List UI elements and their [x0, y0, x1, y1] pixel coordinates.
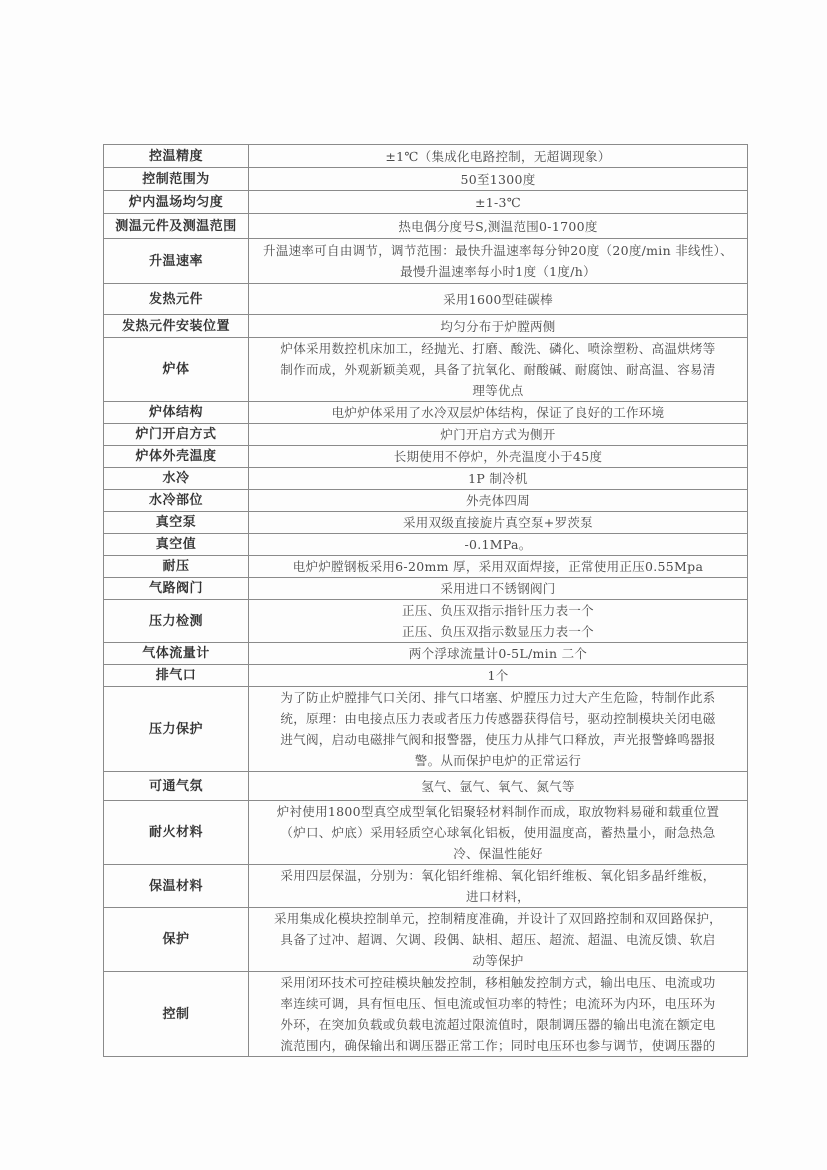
spec-value-cell: 炉门开启方式为侧开	[249, 424, 748, 446]
spec-key-cell: 气路阀门	[104, 578, 249, 600]
table-row: 控温精度 ±1℃（集成化电路控制，无超调现象）	[104, 145, 748, 168]
spec-value-line: 外环，在突加负载或负载电流超过限流值时，限制调压器的输出电流在额定电	[253, 1014, 743, 1035]
spec-value-line: 均匀分布于炉膛两侧	[253, 316, 743, 337]
spec-key-cell: 真空值	[104, 534, 249, 556]
spec-key-cell: 排气口	[104, 665, 249, 687]
spec-value-cell: 炉体采用数控机床加工，经抛光、打磨、酸洗、磷化、喷涂塑粉、高温烘烤等制作而成，外…	[249, 338, 748, 402]
spec-value-line: 理等优点	[253, 380, 743, 401]
spec-value-cell: 升温速率可自由调节，调节范围：最快升温速率每分钟20度（20度/min 非线性）…	[249, 239, 748, 284]
spec-value-cell: 1P 制冷机	[249, 468, 748, 490]
spec-key-cell: 炉体外壳温度	[104, 446, 249, 468]
spec-value-cell: 1个	[249, 665, 748, 687]
spec-value-line: 50至1300度	[253, 169, 743, 190]
spec-value-line: ±1℃（集成化电路控制，无超调现象）	[253, 146, 743, 167]
spec-key-cell: 压力保护	[104, 687, 249, 772]
spec-value-line: 进口材料，	[253, 886, 743, 907]
spec-key-cell: 压力检测	[104, 600, 249, 643]
spec-value-line: 采用四层保温，分别为：氧化铝纤维棉、氧化铝纤维板、氧化铝多晶纤维板，	[253, 865, 743, 886]
spec-value-line: ±1-3℃	[253, 192, 743, 213]
spec-value-line: 外壳体四周	[253, 490, 743, 511]
table-row: 保护 采用集成化模块控制单元，控制精度准确，并设计了双回路控制和双回路保护，具备…	[104, 908, 748, 972]
table-row: 炉内温场均匀度 ±1-3℃	[104, 191, 748, 214]
table-row: 升温速率 升温速率可自由调节，调节范围：最快升温速率每分钟20度（20度/min…	[104, 239, 748, 284]
table-row: 发热元件安装位置 均匀分布于炉膛两侧	[104, 315, 748, 338]
spec-value-line: 动等保护	[253, 950, 743, 971]
spec-key-cell: 保温材料	[104, 865, 249, 908]
spec-value-line: 采用闭环技术可控硅模块触发控制，移相触发控制方式，输出电压、电流或功	[253, 972, 743, 993]
document-page: 控温精度 ±1℃（集成化电路控制，无超调现象） 控制范围为 50至1300度 炉…	[0, 0, 827, 1170]
spec-value-line: 采用1600型硅碳棒	[253, 289, 743, 310]
spec-value-line: 1P 制冷机	[253, 468, 743, 489]
spec-key-cell: 可通气氛	[104, 772, 249, 801]
spec-table-body: 控温精度 ±1℃（集成化电路控制，无超调现象） 控制范围为 50至1300度 炉…	[104, 145, 748, 1057]
spec-key-cell: 保护	[104, 908, 249, 972]
table-row: 测温元件及测温范围 热电偶分度号S,测温范围0-1700度	[104, 214, 748, 239]
spec-key-cell: 耐压	[104, 556, 249, 578]
spec-value-line: 为了防止炉膛排气口关闭、排气口堵塞、炉膛压力过大产生危险，特制作此系	[253, 687, 743, 708]
spec-table: 控温精度 ±1℃（集成化电路控制，无超调现象） 控制范围为 50至1300度 炉…	[103, 144, 748, 1057]
table-row: 压力检测 正压、负压双指示指针压力表一个正压、负压双指示数显压力表一个	[104, 600, 748, 643]
spec-value-cell: -0.1MPa。	[249, 534, 748, 556]
table-row: 气体流量计 两个浮球流量计0-5L/min 二个	[104, 643, 748, 665]
spec-key-cell: 炉体	[104, 338, 249, 402]
spec-value-line: 炉衬使用1800型真空成型氧化铝聚轻材料制作而成，取放物料易碰和载重位置	[253, 801, 743, 822]
table-row: 炉体外壳温度 长期使用不停炉，外壳温度小于45度	[104, 446, 748, 468]
spec-key-cell: 控温精度	[104, 145, 249, 168]
table-row: 炉体 炉体采用数控机床加工，经抛光、打磨、酸洗、磷化、喷涂塑粉、高温烘烤等制作而…	[104, 338, 748, 402]
spec-key-cell: 测温元件及测温范围	[104, 214, 249, 239]
spec-value-cell: ±1℃（集成化电路控制，无超调现象）	[249, 145, 748, 168]
spec-value-cell: 炉衬使用1800型真空成型氧化铝聚轻材料制作而成，取放物料易碰和载重位置（炉口、…	[249, 801, 748, 865]
spec-value-line: 冷、保温性能好	[253, 843, 743, 864]
spec-value-cell: 为了防止炉膛排气口关闭、排气口堵塞、炉膛压力过大产生危险，特制作此系统，原理：由…	[249, 687, 748, 772]
spec-value-cell: 长期使用不停炉，外壳温度小于45度	[249, 446, 748, 468]
spec-value-line: 制作而成，外观新颖美观，具备了抗氧化、耐酸碱、耐腐蚀、耐高温、容易清	[253, 359, 743, 380]
spec-value-cell: ±1-3℃	[249, 191, 748, 214]
spec-value-cell: 正压、负压双指示指针压力表一个正压、负压双指示数显压力表一个	[249, 600, 748, 643]
spec-value-line: 正压、负压双指示指针压力表一个	[253, 600, 743, 621]
table-row: 真空泵 采用双级直接旋片真空泵+罗茨泵	[104, 512, 748, 534]
spec-value-cell: 热电偶分度号S,测温范围0-1700度	[249, 214, 748, 239]
spec-value-cell: 电炉炉体采用了水冷双层炉体结构，保证了良好的工作环境	[249, 402, 748, 424]
table-row: 控制 采用闭环技术可控硅模块触发控制，移相触发控制方式，输出电压、电流或功率连续…	[104, 972, 748, 1057]
table-row: 排气口 1个	[104, 665, 748, 687]
table-row: 耐火材料 炉衬使用1800型真空成型氧化铝聚轻材料制作而成，取放物料易碰和载重位…	[104, 801, 748, 865]
spec-value-line: 正压、负压双指示数显压力表一个	[253, 621, 743, 642]
spec-key-cell: 水冷部位	[104, 490, 249, 512]
spec-value-cell: 采用四层保温，分别为：氧化铝纤维棉、氧化铝纤维板、氧化铝多晶纤维板，进口材料，	[249, 865, 748, 908]
spec-key-cell: 控制	[104, 972, 249, 1057]
table-row: 可通气氛 氢气、氩气、氧气、氮气等	[104, 772, 748, 801]
table-row: 水冷部位 外壳体四周	[104, 490, 748, 512]
spec-value-line: 升温速率可自由调节，调节范围：最快升温速率每分钟20度（20度/min 非线性）…	[253, 240, 743, 261]
spec-value-line: 流范围内，确保输出和调压器正常工作；同时电压环也参与调节，使调压器的	[253, 1035, 743, 1056]
spec-value-cell: 两个浮球流量计0-5L/min 二个	[249, 643, 748, 665]
spec-value-cell: 氢气、氩气、氧气、氮气等	[249, 772, 748, 801]
spec-key-cell: 炉门开启方式	[104, 424, 249, 446]
spec-value-line: 两个浮球流量计0-5L/min 二个	[253, 643, 743, 664]
spec-value-line: 氢气、氩气、氧气、氮气等	[253, 776, 743, 797]
spec-value-line: 具备了过冲、超调、欠调、段偶、缺相、超压、超流、超温、电流反馈、软启	[253, 929, 743, 950]
spec-value-cell: 采用闭环技术可控硅模块触发控制，移相触发控制方式，输出电压、电流或功率连续可调，…	[249, 972, 748, 1057]
spec-key-cell: 真空泵	[104, 512, 249, 534]
spec-value-line: 炉门开启方式为侧开	[253, 424, 743, 445]
table-row: 发热元件 采用1600型硅碳棒	[104, 284, 748, 315]
table-row: 炉体结构 电炉炉体采用了水冷双层炉体结构，保证了良好的工作环境	[104, 402, 748, 424]
spec-value-cell: 50至1300度	[249, 168, 748, 191]
spec-value-line: 采用进口不锈钢阀门	[253, 578, 743, 599]
spec-value-line: 炉体采用数控机床加工，经抛光、打磨、酸洗、磷化、喷涂塑粉、高温烘烤等	[253, 338, 743, 359]
table-row: 水冷 1P 制冷机	[104, 468, 748, 490]
spec-key-cell: 发热元件安装位置	[104, 315, 249, 338]
spec-value-line: （炉口、炉底）采用轻质空心球氧化铝板，使用温度高，蓄热量小，耐急热急	[253, 822, 743, 843]
spec-value-cell: 外壳体四周	[249, 490, 748, 512]
spec-value-line: 采用双级直接旋片真空泵+罗茨泵	[253, 512, 743, 533]
spec-value-line: 1个	[253, 665, 743, 686]
table-row: 保温材料 采用四层保温，分别为：氧化铝纤维棉、氧化铝纤维板、氧化铝多晶纤维板，进…	[104, 865, 748, 908]
spec-value-line: 率连续可调，具有恒电压、恒电流或恒功率的特性；电流环为内环，电压环为	[253, 993, 743, 1014]
spec-key-cell: 发热元件	[104, 284, 249, 315]
spec-value-line: 统，原理：由电接点压力表或者压力传感器获得信号，驱动控制模块关闭电磁	[253, 708, 743, 729]
spec-value-line: 电炉炉体采用了水冷双层炉体结构，保证了良好的工作环境	[253, 402, 743, 423]
spec-value-line: 电炉炉膛钢板采用6-20mm 厚，采用双面焊接，正常使用正压0.55Mpa	[253, 556, 743, 577]
spec-key-cell: 气体流量计	[104, 643, 249, 665]
spec-value-line: 进气阀，启动电磁排气阀和报警器，使压力从排气口释放，声光报警蜂鸣器报	[253, 729, 743, 750]
spec-value-line: 热电偶分度号S,测温范围0-1700度	[253, 216, 743, 237]
table-row: 气路阀门 采用进口不锈钢阀门	[104, 578, 748, 600]
spec-value-cell: 均匀分布于炉膛两侧	[249, 315, 748, 338]
table-row: 炉门开启方式 炉门开启方式为侧开	[104, 424, 748, 446]
spec-key-cell: 炉体结构	[104, 402, 249, 424]
table-row: 真空值 -0.1MPa。	[104, 534, 748, 556]
spec-value-cell: 采用进口不锈钢阀门	[249, 578, 748, 600]
spec-key-cell: 水冷	[104, 468, 249, 490]
spec-value-cell: 电炉炉膛钢板采用6-20mm 厚，采用双面焊接，正常使用正压0.55Mpa	[249, 556, 748, 578]
spec-value-cell: 采用双级直接旋片真空泵+罗茨泵	[249, 512, 748, 534]
table-row: 压力保护 为了防止炉膛排气口关闭、排气口堵塞、炉膛压力过大产生危险，特制作此系统…	[104, 687, 748, 772]
spec-key-cell: 炉内温场均匀度	[104, 191, 249, 214]
table-row: 耐压 电炉炉膛钢板采用6-20mm 厚，采用双面焊接，正常使用正压0.55Mpa	[104, 556, 748, 578]
spec-value-line: 长期使用不停炉，外壳温度小于45度	[253, 446, 743, 467]
spec-key-cell: 升温速率	[104, 239, 249, 284]
spec-value-line: -0.1MPa。	[253, 534, 743, 555]
table-row: 控制范围为 50至1300度	[104, 168, 748, 191]
spec-value-line: 最慢升温速率每小时1度（1度/h）	[253, 261, 743, 282]
spec-key-cell: 控制范围为	[104, 168, 249, 191]
spec-value-cell: 采用集成化模块控制单元，控制精度准确，并设计了双回路控制和双回路保护，具备了过冲…	[249, 908, 748, 972]
spec-value-cell: 采用1600型硅碳棒	[249, 284, 748, 315]
spec-value-line: 采用集成化模块控制单元，控制精度准确，并设计了双回路控制和双回路保护，	[253, 908, 743, 929]
spec-value-line: 警。从而保护电炉的正常运行	[253, 750, 743, 771]
spec-key-cell: 耐火材料	[104, 801, 249, 865]
